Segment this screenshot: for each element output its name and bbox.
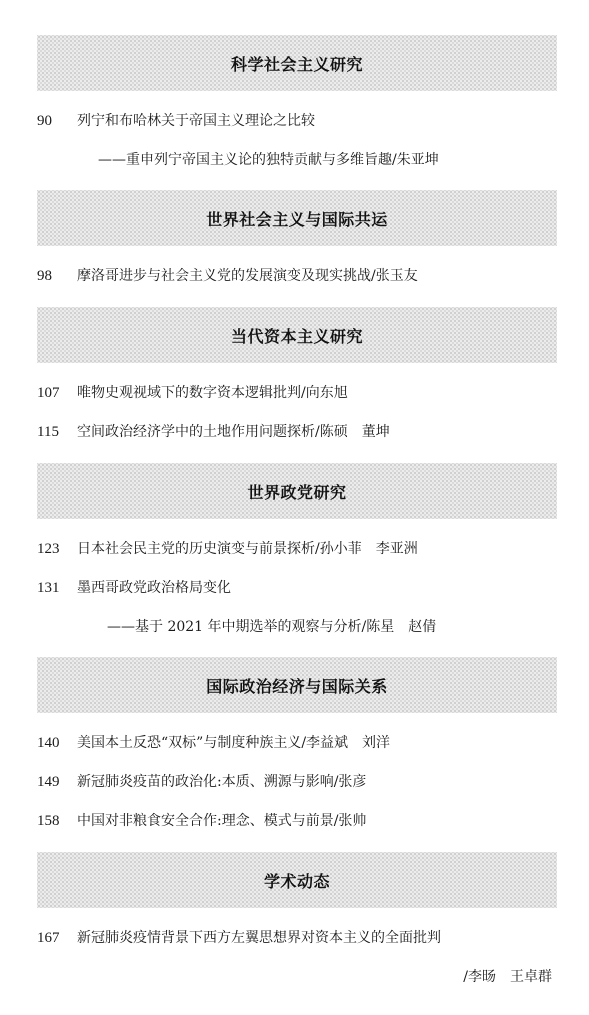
- section-title: 世界政党研究: [247, 480, 346, 503]
- toc-entry[interactable]: 107唯物史观视域下的数字资本逻辑批判/向东旭: [37, 384, 348, 402]
- entry-title: 墨西哥政党政治格局变化: [77, 580, 231, 596]
- toc-entry[interactable]: 140美国本土反恐“双标”与制度种族主义/李益斌 刘洋: [37, 734, 390, 752]
- entry-title: 美国本土反恐“双标”与制度种族主义/李益斌 刘洋: [77, 735, 390, 751]
- toc-entry[interactable]: 115空间政治经济学中的土地作用问题探析/陈硕 董坤: [37, 423, 390, 441]
- page-number: 107: [37, 384, 77, 402]
- page-number: 90: [37, 112, 77, 130]
- entry-title: 摩洛哥进步与社会主义党的发展演变及现实挑战/张玉友: [77, 268, 418, 284]
- toc-entry[interactable]: 98摩洛哥进步与社会主义党的发展演变及现实挑战/张玉友: [37, 267, 418, 285]
- entry-title: 空间政治经济学中的土地作用问题探析/陈硕 董坤: [77, 424, 390, 440]
- page-number: 158: [37, 812, 77, 830]
- entry-title: 中国对非粮食安全合作:理念、模式与前景/张帅: [77, 813, 366, 829]
- section-header-contemporary-capitalism: 当代资本主义研究: [37, 307, 557, 363]
- entry-title: 新冠肺炎疫情背景下西方左翼思想界对资本主义的全面批判: [77, 930, 441, 946]
- section-title: 科学社会主义研究: [231, 52, 363, 75]
- page-number: 140: [37, 734, 77, 752]
- toc-entry[interactable]: 167新冠肺炎疫情背景下西方左翼思想界对资本主义的全面批判: [37, 929, 441, 947]
- toc-entry[interactable]: 158中国对非粮食安全合作:理念、模式与前景/张帅: [37, 812, 366, 830]
- section-title: 当代资本主义研究: [231, 324, 363, 347]
- toc-entry[interactable]: 90列宁和布哈林关于帝国主义理论之比较: [37, 112, 315, 130]
- toc-entry[interactable]: 123日本社会民主党的历史演变与前景探析/孙小菲 李亚洲: [37, 540, 418, 558]
- page-number: 149: [37, 773, 77, 791]
- section-header-international-political-economy: 国际政治经济与国际关系: [37, 657, 557, 713]
- page-number: 167: [37, 929, 77, 947]
- toc-entry[interactable]: 131墨西哥政党政治格局变化: [37, 579, 231, 597]
- toc-entry[interactable]: 149新冠肺炎疫苗的政治化:本质、溯源与影响/张彦: [37, 773, 366, 791]
- page-number: 123: [37, 540, 77, 558]
- section-header-world-socialism: 世界社会主义与国际共运: [37, 190, 557, 246]
- section-header-world-parties: 世界政党研究: [37, 463, 557, 519]
- section-header-academic-news: 学术动态: [37, 852, 557, 908]
- page-number: 98: [37, 267, 77, 285]
- section-title: 学术动态: [264, 869, 330, 892]
- section-title: 国际政治经济与国际关系: [206, 674, 388, 697]
- page-number: 115: [37, 423, 77, 441]
- section-header-scientific-socialism: 科学社会主义研究: [37, 35, 557, 91]
- section-title: 世界社会主义与国际共运: [206, 207, 388, 230]
- entry-authors: /李旸 王卓群: [463, 968, 552, 986]
- entry-subtitle: ——基于 2021 年中期选举的观察与分析/陈星 赵倩: [107, 618, 436, 636]
- page-number: 131: [37, 579, 77, 597]
- entry-title: 唯物史观视域下的数字资本逻辑批判/向东旭: [77, 385, 348, 401]
- entry-title: 新冠肺炎疫苗的政治化:本质、溯源与影响/张彦: [77, 774, 366, 790]
- entry-subtitle: ——重申列宁帝国主义论的独特贡献与多维旨趣/朱亚坤: [98, 151, 439, 169]
- entry-title: 日本社会民主党的历史演变与前景探析/孙小菲 李亚洲: [77, 541, 418, 557]
- entry-title: 列宁和布哈林关于帝国主义理论之比较: [77, 113, 315, 129]
